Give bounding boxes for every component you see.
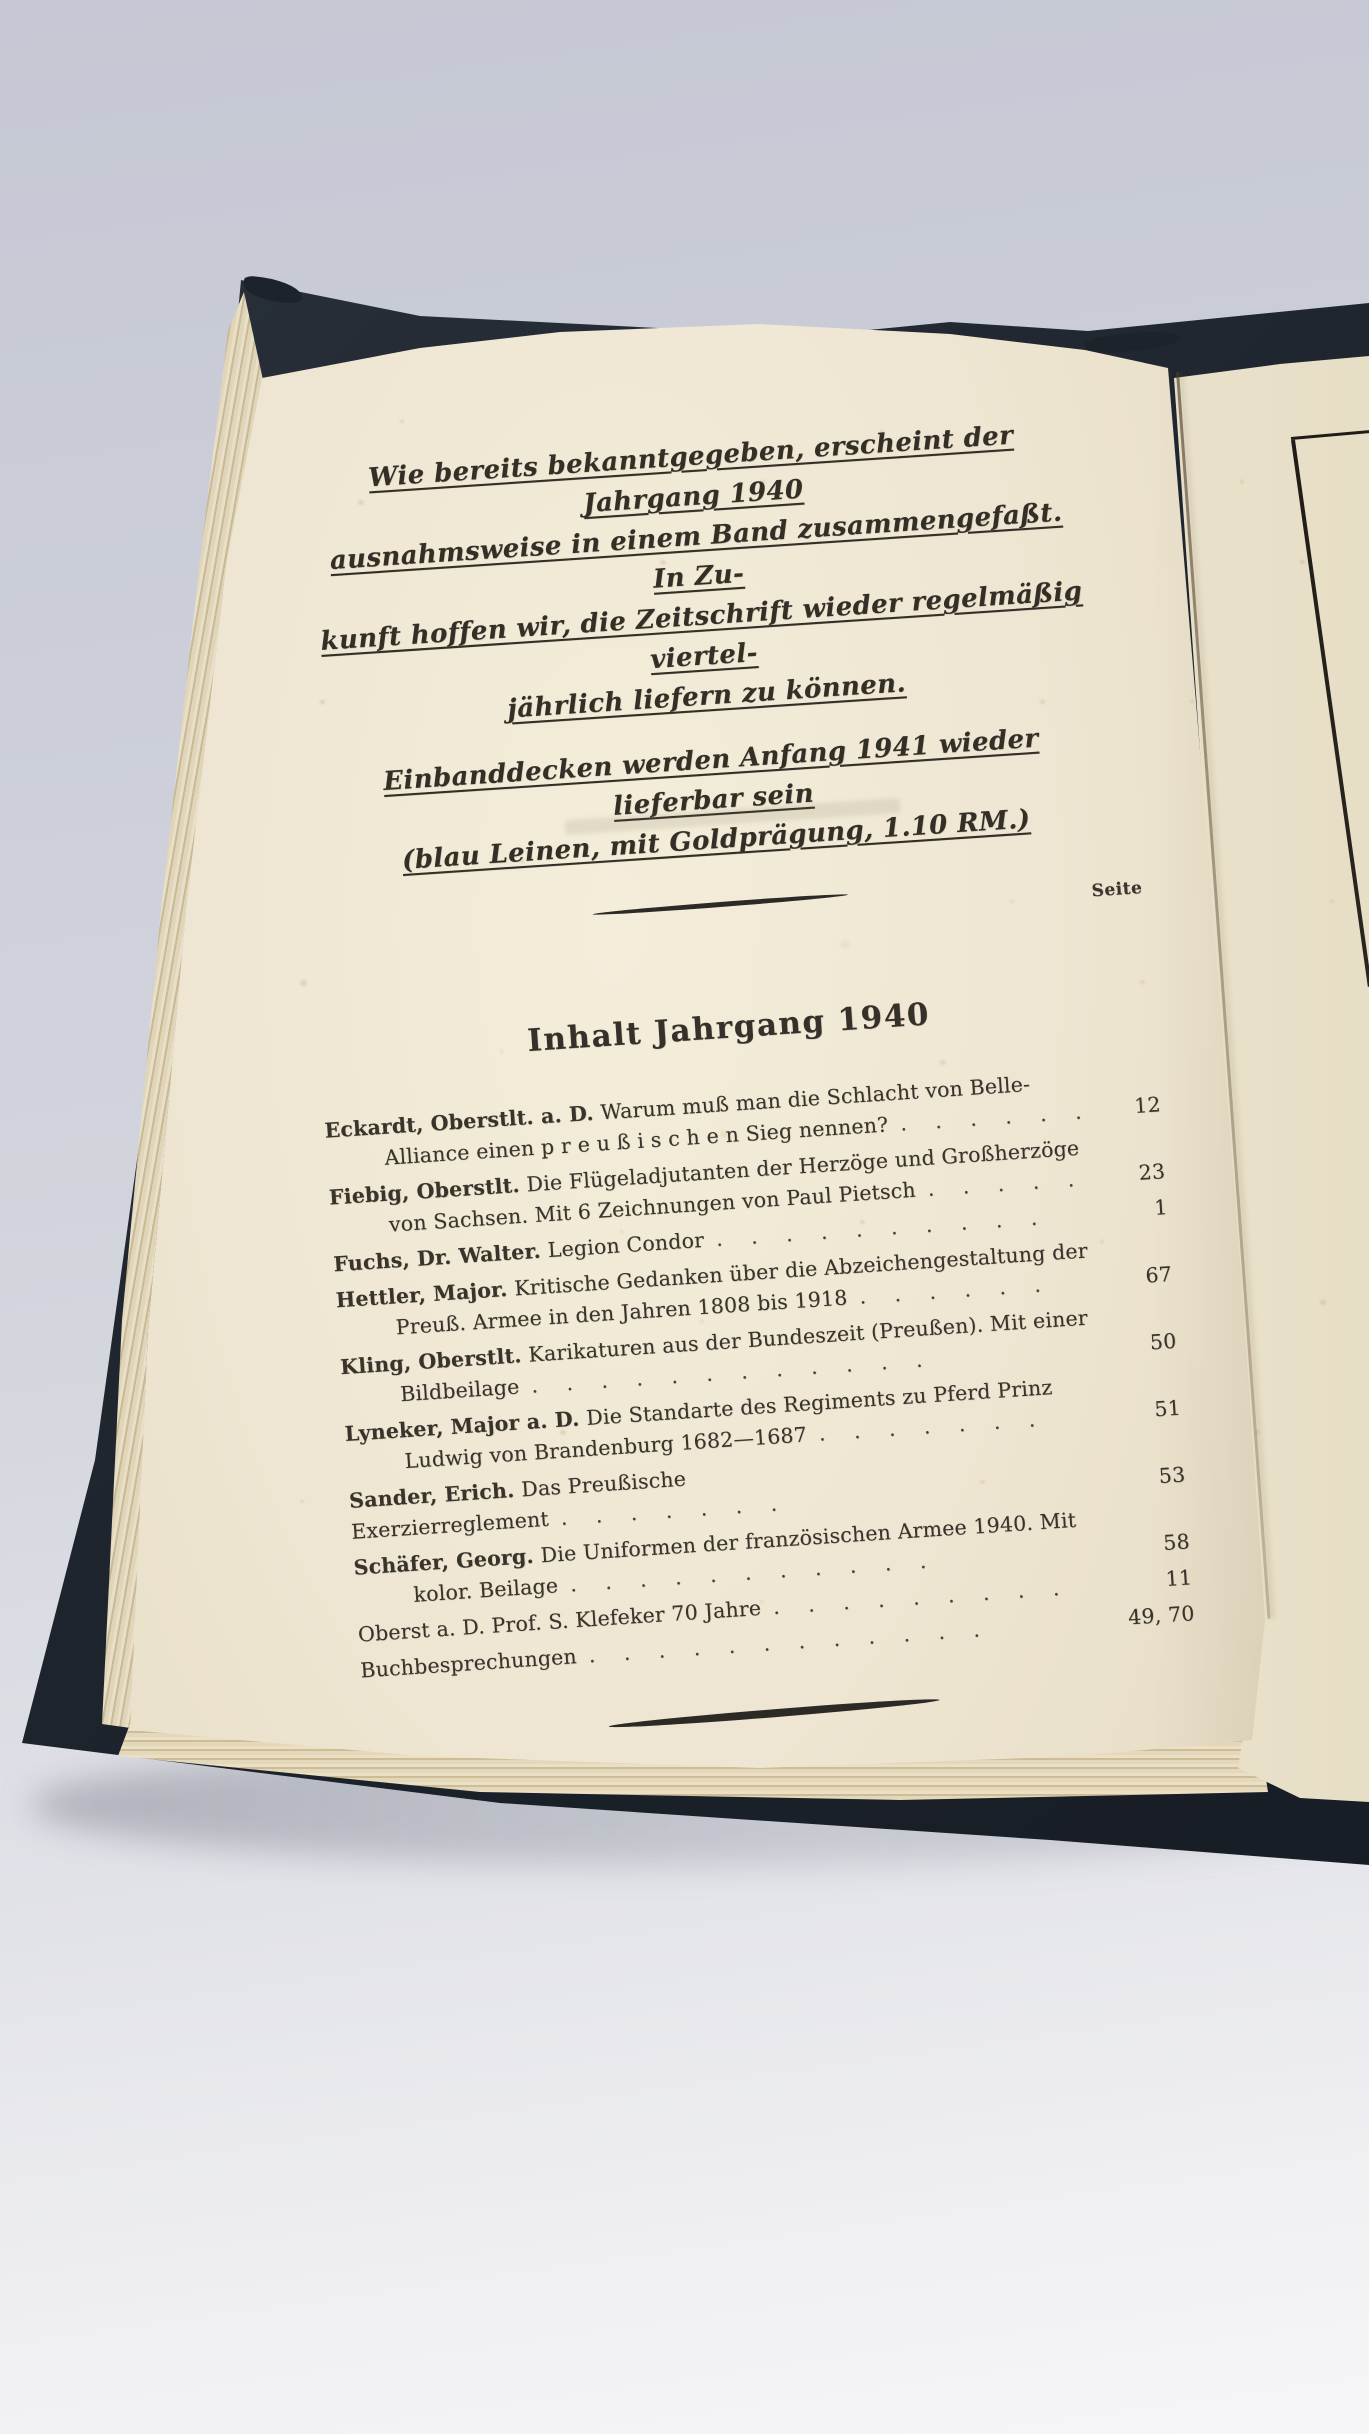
page-column-header: Seite	[1091, 878, 1143, 901]
toc-page-number: 50	[1149, 1326, 1177, 1359]
toc-author: Sander, Erich.	[348, 1478, 515, 1513]
toc-title-continued: kolor. Beilage	[413, 1573, 559, 1607]
leader-dots: . . . . . . .	[560, 1491, 781, 1530]
toc-page-number: 51	[1153, 1393, 1181, 1426]
toc-page-number: 58	[1162, 1526, 1190, 1559]
toc-page-number: 1	[1153, 1192, 1168, 1224]
book-photo: Wie bereits bekanntgegeben, erscheint de…	[0, 0, 1369, 2434]
toc-page-number: 67	[1145, 1259, 1173, 1292]
toc-page-number: 23	[1138, 1156, 1166, 1189]
toc-title: Buchbesprechungen	[360, 1644, 578, 1682]
toc-author: Fuchs, Dr. Walter.	[333, 1239, 542, 1277]
toc-title-continued: Bildbeilage	[399, 1374, 520, 1406]
toc-page-number: 11	[1165, 1562, 1193, 1595]
binding-availability-notice: Einbanddecken werden Anfang 1941 wieder …	[326, 715, 1100, 886]
toc-title: Legion Condor	[547, 1228, 705, 1262]
publication-notice: Wie bereits bekanntgegeben, erscheint de…	[306, 412, 1091, 742]
toc-page-number: 49, 70	[1127, 1598, 1195, 1633]
page-content: Wie bereits bekanntgegeben, erscheint de…	[252, 372, 1209, 1746]
toc-page-number: 12	[1133, 1089, 1161, 1122]
toc-heading: Inhalt Jahrgang 1940	[292, 978, 1165, 1078]
toc-list: Eckardt, Oberstlt. a. D.Warum muß man di…	[298, 1060, 1206, 1689]
toc-page-number: 53	[1158, 1459, 1186, 1492]
leader-dots: . . . . .	[927, 1167, 1078, 1201]
section-divider-top	[593, 892, 849, 917]
